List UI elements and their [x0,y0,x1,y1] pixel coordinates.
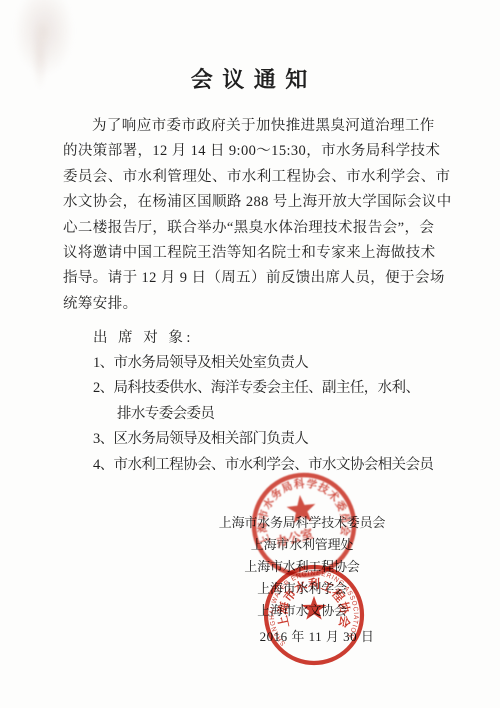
signature-line: 上海市水务局科学技术委员会 [152,512,452,534]
attendee-line: 2、局科技委供水、海洋专委会主任、副主任，水利、 [93,376,473,401]
body-line: 委员会、市水利管理处、市水利工程协会、市水利学会、市 [63,165,468,190]
attendees-list: 1、市水务局领导及相关处室负责人 2、局科技委供水、海洋专委会主任、副主任，水利… [93,351,473,478]
attendee-line: 4、市水利工程协会、市水利学会、市水文协会相关会员 [93,453,473,478]
notice-title: 会 议 通 知 [0,63,500,94]
signature-line: 上海市水利学会 [152,578,452,600]
body-line: 心二楼报告厅，联合举办“黑臭水体治理技术报告会”，会 [63,216,468,241]
body-line: 统筹安排。 [63,292,468,317]
scanned-meeting-notice: 会 议 通 知 为了响应市委市政府关于加快推进黑臭河道治理工作 的决策部署，12… [0,0,500,708]
attendee-line: 1、市水务局领导及相关处室负责人 [93,351,473,376]
signature-line: 上海市水利管理处 [152,534,452,556]
signature-line: 上海市水文协会 [152,600,452,622]
attendees-heading: 出 席 对 象: [93,326,194,351]
notice-body: 为了响应市委市政府关于加快推进黑臭河道治理工作 的决策部署，12 月 14 日 … [63,114,468,317]
body-line: 水文协会，在杨浦区国顺路 288 号上海开放大学国际会议中 [63,190,468,215]
body-line: 的决策部署，12 月 14 日 9:00～15:30，市水务局科学技术 [63,139,468,164]
attendee-line: 3、区水务局领导及相关部门负责人 [93,427,473,452]
signature-block: 上海市水务局科学技术委员会 上海市水利管理处 上海市水利工程协会 上海市水利学会… [152,512,452,622]
attendee-line-continuation: 排水专委会委员 [93,402,473,427]
body-line: 为了响应市委市政府关于加快推进黑臭河道治理工作 [63,114,468,139]
body-line: 指导。请于 12 月 9 日（周五）前反馈出席人员，便于会场 [63,266,468,291]
notice-date: 2016 年 11 月 30 日 [167,626,467,645]
body-line: 议将邀请中国工程院王浩等知名院士和专家来上海做技术 [63,241,468,266]
signature-line: 上海市水利工程协会 [152,556,452,578]
